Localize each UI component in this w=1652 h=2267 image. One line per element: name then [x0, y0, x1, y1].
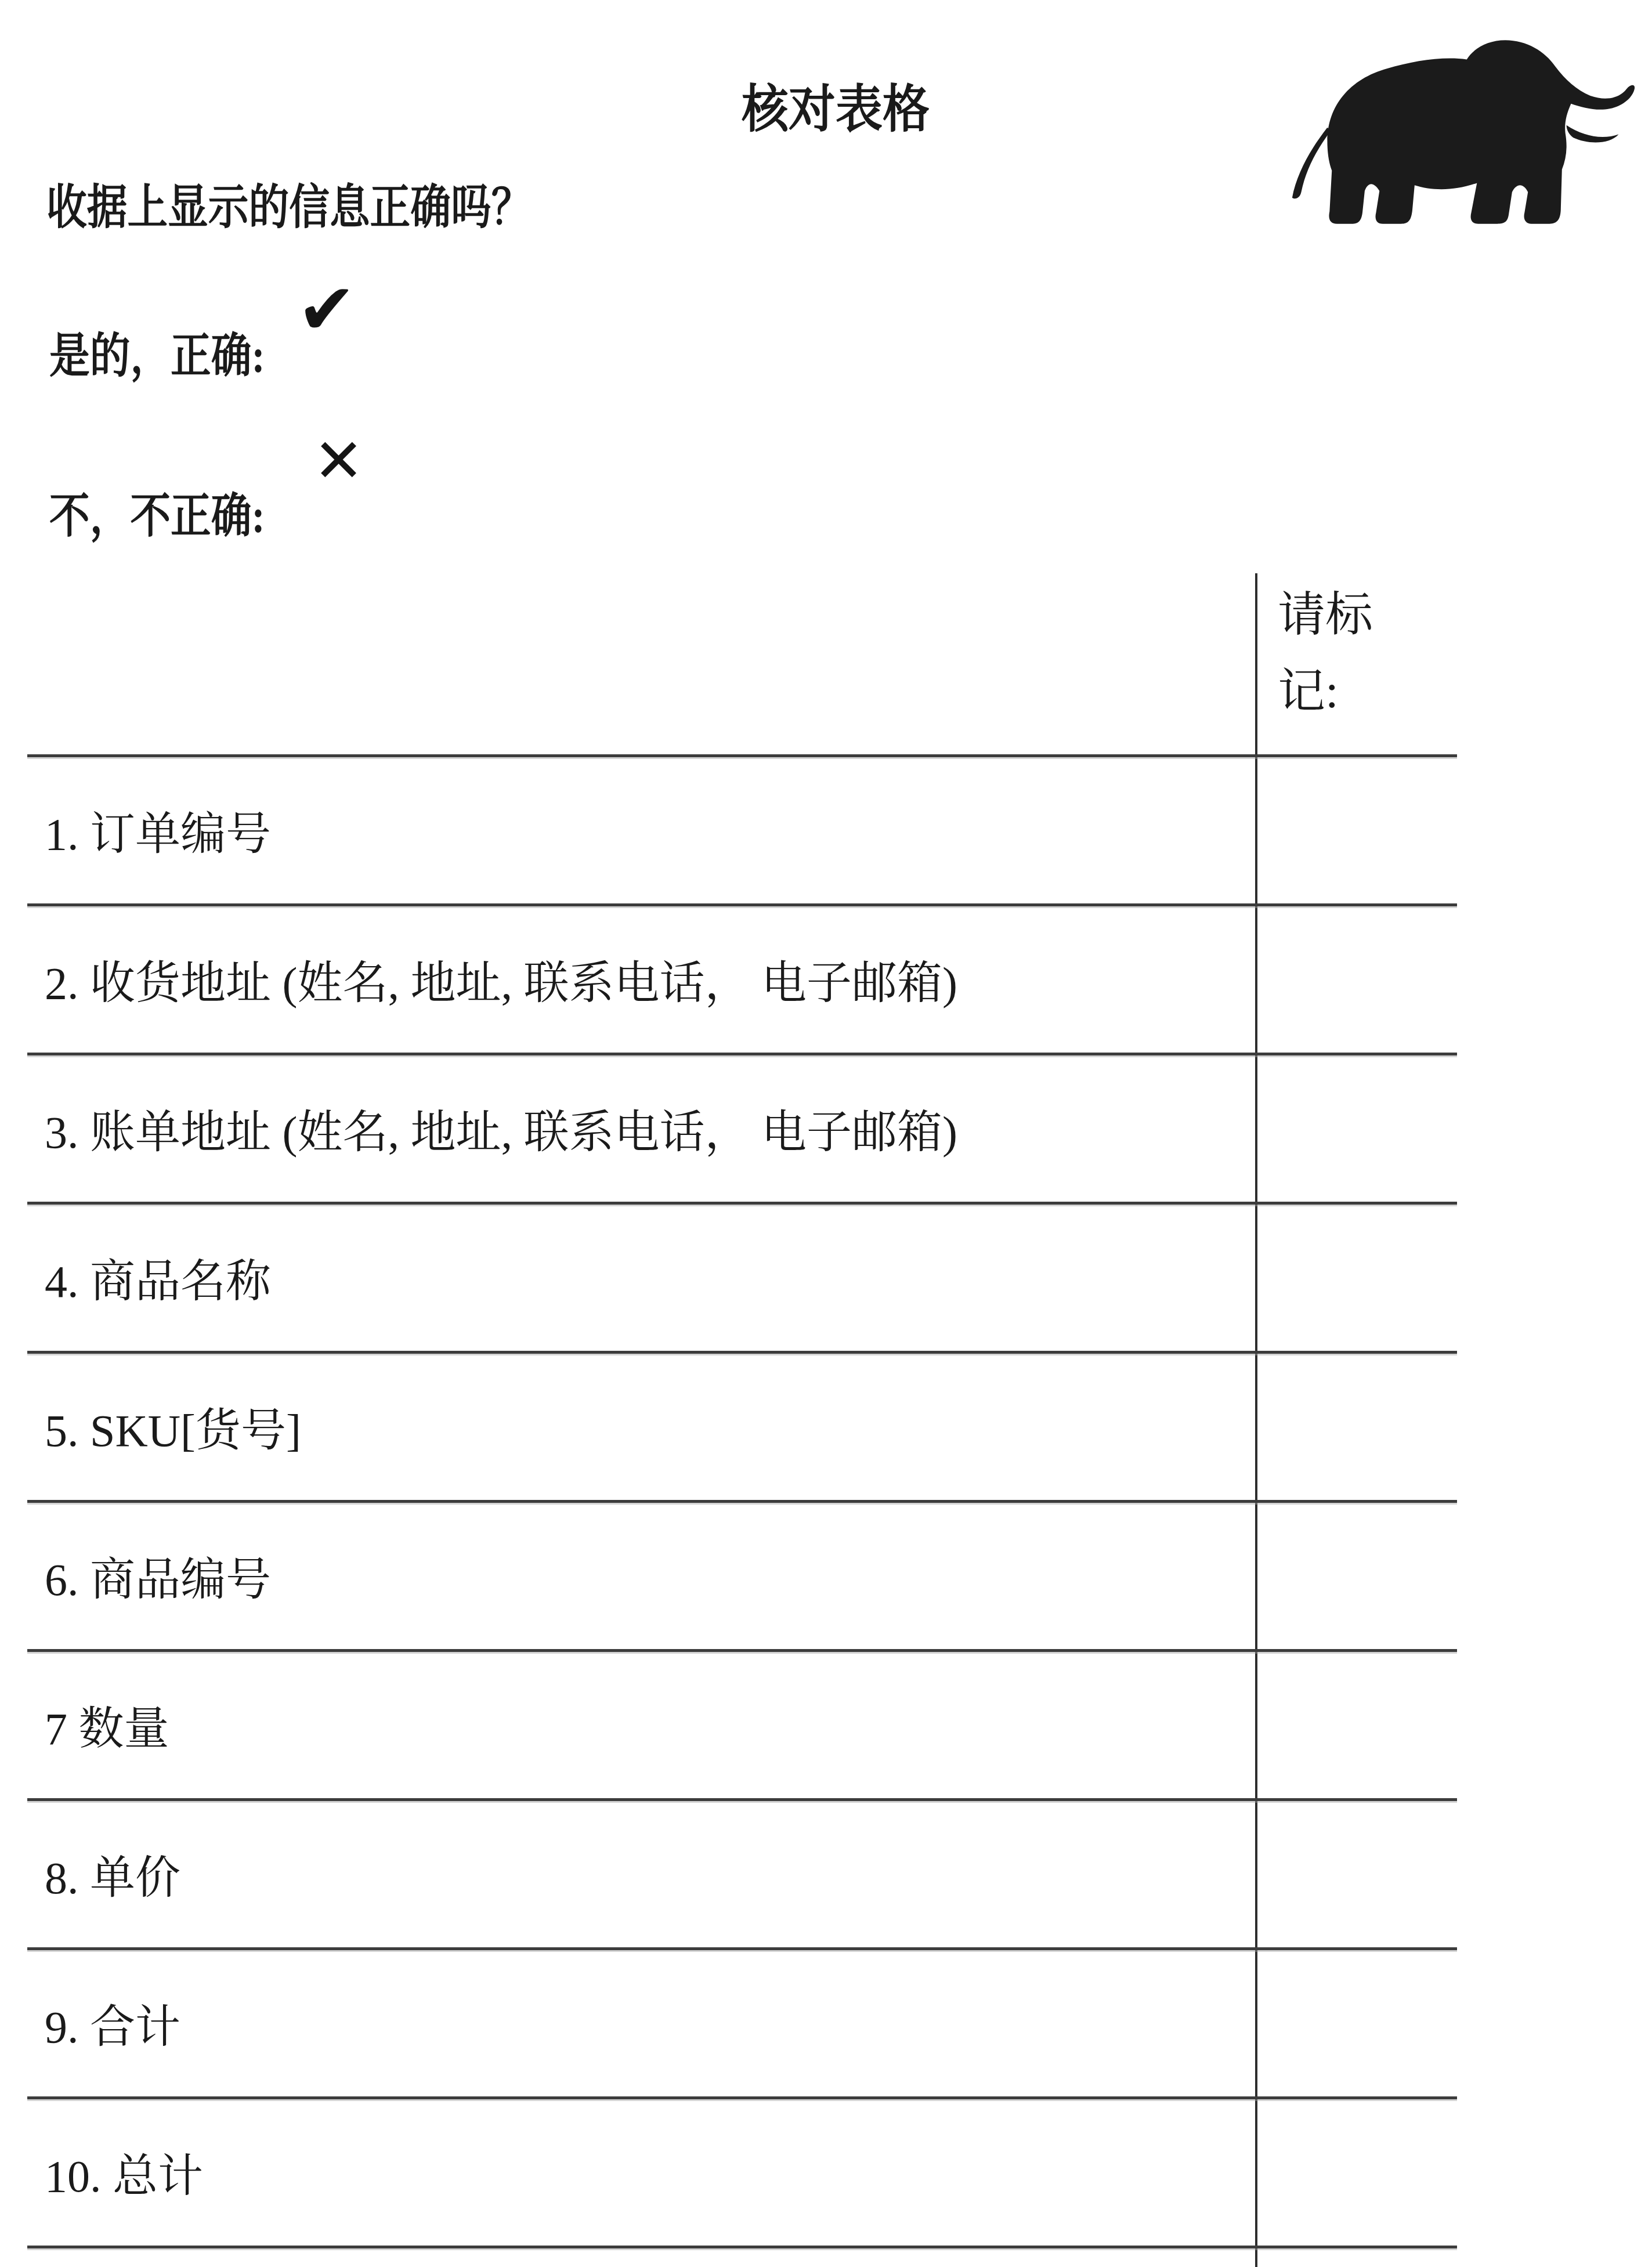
- mark-cell: [1257, 1354, 1457, 1500]
- mark-cell: [1257, 757, 1457, 903]
- mark-cell: [1257, 1503, 1457, 1649]
- row-label: 4. 商品名称: [27, 1245, 271, 1310]
- table-row: 10. 总计: [27, 2099, 1255, 2246]
- row-label: 2. 收货地址 (姓名, 地址, 联系电话， 电子邮箱): [27, 947, 957, 1012]
- mark-column-header: 请标记:: [1278, 577, 1412, 730]
- row-label: 3. 账单地址 (姓名, 地址, 联系电话， 电子邮箱): [27, 1096, 957, 1161]
- checklist-document-page: 核对表格 收据上显示的信息正确吗？ 是的，正确: ✔ 不，不正确: ✕ 请标记:…: [0, 0, 1652, 2267]
- row-label: 9. 合计: [27, 1991, 180, 2056]
- mark-cell: [1257, 1205, 1457, 1351]
- row-label: 10. 总计: [27, 2140, 203, 2205]
- table-line: [27, 2246, 1457, 2248]
- mark-cell: [1257, 1652, 1457, 1798]
- table-row: 6. 商品编号: [27, 1503, 1255, 1649]
- table-row: 7 数量: [27, 1652, 1255, 1798]
- checkmark-icon: ✔: [297, 274, 356, 345]
- table-row: 1. 订单编号: [27, 757, 1255, 903]
- mark-cell: [1257, 2099, 1457, 2246]
- mark-cell: [1257, 1801, 1457, 1947]
- row-label: 7 数量: [27, 1693, 169, 1758]
- no-incorrect-label: 不，不正确:: [49, 478, 265, 546]
- table-row: 3. 账单地址 (姓名, 地址, 联系电话， 电子邮箱): [27, 1055, 1255, 1202]
- question-text: 收据上显示的信息正确吗？: [46, 169, 532, 237]
- table-row: 5. SKU[货号]: [27, 1354, 1255, 1500]
- yes-correct-label: 是的，正确:: [49, 318, 265, 386]
- elephant-logo: [1277, 22, 1643, 266]
- table-row: 2. 收货地址 (姓名, 地址, 联系电话， 电子邮箱): [27, 906, 1255, 1053]
- elephant-silhouette-icon: [1277, 22, 1643, 266]
- table-row: 9. 合计: [27, 1950, 1255, 2096]
- mark-cell: [1257, 1055, 1457, 1202]
- table-row: 4. 商品名称: [27, 1205, 1255, 1351]
- row-label: 5. SKU[货号]: [27, 1394, 301, 1459]
- row-label: 8. 单价: [27, 1842, 180, 1907]
- x-mark-icon: ✕: [313, 431, 364, 491]
- mark-cell: [1257, 906, 1457, 1053]
- row-label: 6. 商品编号: [27, 1543, 271, 1608]
- row-label: 1. 订单编号: [27, 798, 271, 863]
- mark-cell: [1257, 1950, 1457, 2096]
- table-row: 8. 单价: [27, 1801, 1255, 1947]
